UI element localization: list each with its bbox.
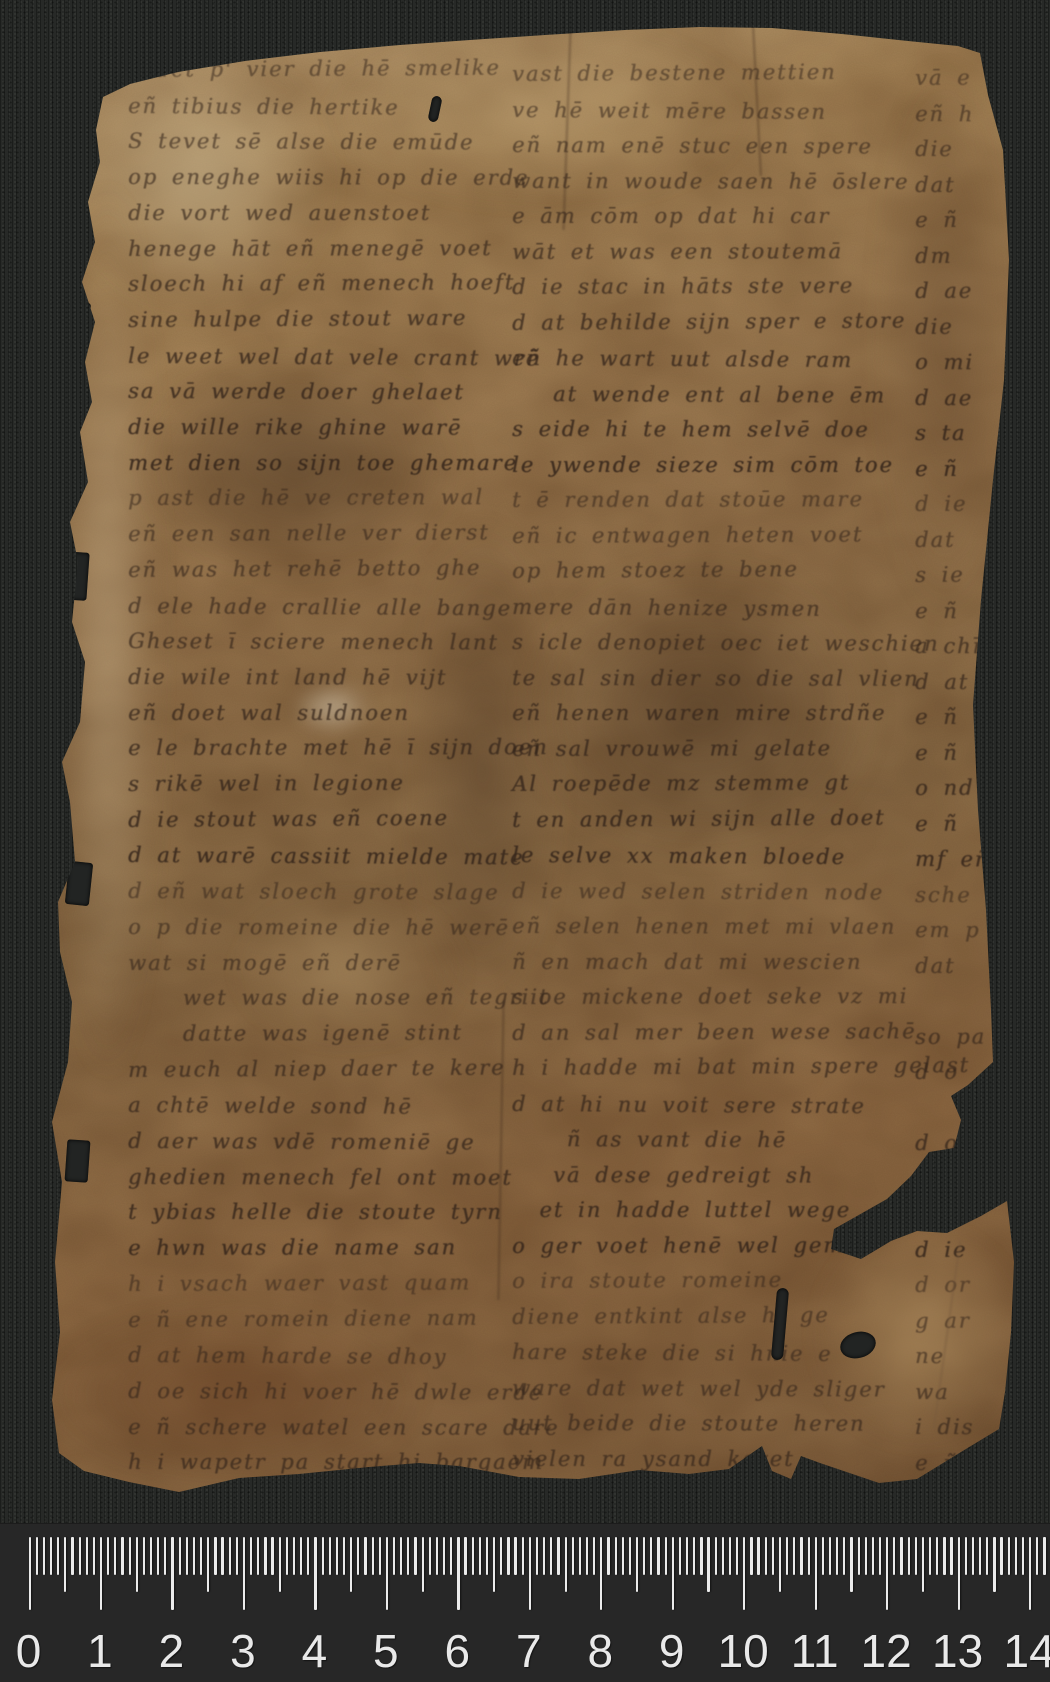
ruler-tick	[958, 1537, 960, 1610]
ruler-tick	[800, 1537, 802, 1575]
ruler-tick	[514, 1537, 516, 1575]
ruler-tick	[1015, 1537, 1017, 1575]
ruler-label: 12	[861, 1624, 912, 1678]
ruler-tick	[479, 1537, 481, 1575]
text-line: d ie	[915, 492, 967, 516]
ruler-tick	[579, 1537, 581, 1575]
ruler-tick	[279, 1537, 281, 1592]
text-line: so pa	[915, 1024, 986, 1048]
text-line: d at	[915, 670, 969, 694]
ruler-tick	[736, 1537, 738, 1575]
ruler-label: 7	[516, 1624, 542, 1678]
text-line: g at	[915, 1167, 969, 1191]
ruler-tick	[414, 1537, 416, 1575]
ruler-tick	[493, 1537, 495, 1592]
ruler-tick	[372, 1537, 374, 1575]
ruler-tick	[693, 1537, 695, 1575]
text-line: vā e	[915, 66, 972, 90]
ruler-tick	[86, 1537, 88, 1575]
ruler-tick	[64, 1537, 66, 1592]
ruler-tick	[143, 1537, 145, 1575]
text-line: e ñ	[915, 599, 959, 623]
ruler-tick	[893, 1537, 895, 1575]
ruler-tick	[307, 1537, 309, 1575]
ruler-tick	[36, 1537, 38, 1575]
ruler-tick	[229, 1537, 231, 1575]
ruler-tick	[793, 1537, 795, 1575]
ruler-tick	[286, 1537, 288, 1575]
ruler-tick	[686, 1537, 688, 1575]
text-line: e ñ	[915, 811, 959, 835]
ruler-tick	[1043, 1537, 1045, 1575]
ruler-tick	[815, 1537, 817, 1610]
ruler-tick	[972, 1537, 974, 1575]
ruler-tick	[943, 1537, 945, 1575]
ruler-tick	[179, 1537, 181, 1575]
ruler-tick	[300, 1537, 302, 1575]
ruler-tick	[643, 1537, 645, 1575]
text-line: eñ h	[915, 102, 974, 126]
ruler-tick	[507, 1537, 509, 1575]
ruler-label: 6	[445, 1624, 471, 1678]
ruler-tick	[650, 1537, 652, 1575]
ruler-tick	[922, 1537, 924, 1592]
ruler-tick	[886, 1537, 888, 1610]
ruler-tick	[900, 1537, 902, 1575]
text-line: s ie	[915, 563, 965, 587]
text-line: d or	[915, 1273, 971, 1297]
ruler-tick	[915, 1537, 917, 1575]
ruler-tick	[979, 1537, 981, 1575]
ruler-tick	[322, 1537, 324, 1575]
ruler-tick	[679, 1537, 681, 1575]
ruler-label: 5	[373, 1624, 399, 1678]
text-line: e ñ	[915, 457, 959, 481]
ruler-tick	[808, 1537, 810, 1575]
ruler-tick	[600, 1537, 602, 1610]
text-line: s ta	[915, 421, 966, 445]
ruler-tick	[1008, 1537, 1010, 1575]
ruler-tick	[657, 1537, 659, 1575]
ruler-tick	[71, 1537, 73, 1575]
text-line: die	[915, 137, 954, 161]
binding-slit	[62, 301, 91, 349]
ruler-tick	[700, 1537, 702, 1575]
ruler-label: 11	[791, 1624, 839, 1678]
ruler-tick	[965, 1537, 967, 1575]
ruler-tick	[850, 1537, 852, 1592]
ruler-tick	[193, 1537, 195, 1575]
ruler-tick	[707, 1537, 709, 1592]
ruler-tick	[536, 1537, 538, 1575]
ruler-tick	[464, 1537, 466, 1575]
text-line: a chī	[915, 634, 981, 658]
manuscript-photo: v det p' vier die hē smelikeeñ tibius di…	[0, 0, 1050, 1682]
ruler-label: 3	[230, 1624, 256, 1678]
text-line: wa	[915, 1380, 950, 1404]
ruler-tick	[129, 1537, 131, 1575]
parchment-fragment: v det p' vier die hē smelikeeñ tibius di…	[0, 0, 1050, 1523]
text-line: mf eñ	[915, 847, 990, 871]
ruler-tick	[57, 1537, 59, 1575]
ruler-tick	[993, 1537, 995, 1592]
ruler-tick	[629, 1537, 631, 1575]
ruler-tick	[250, 1537, 252, 1575]
ruler-tick	[264, 1537, 266, 1575]
ruler-tick	[386, 1537, 388, 1610]
ruler-tick	[43, 1537, 45, 1575]
ruler-tick	[593, 1537, 595, 1575]
ruler-tick	[743, 1537, 745, 1610]
text-line: ne	[915, 1344, 945, 1368]
ruler-tick	[750, 1537, 752, 1575]
ruler-tick	[607, 1537, 609, 1575]
ruler-tick	[908, 1537, 910, 1575]
text-line: o mi	[915, 350, 974, 374]
ruler-tick	[121, 1537, 123, 1575]
cloth-background: v det p' vier die hē smelikeeñ tibius di…	[0, 0, 1050, 1523]
ruler-tick	[393, 1537, 395, 1575]
ruler-tick	[500, 1537, 502, 1575]
ruler-tick	[843, 1537, 845, 1575]
text-line: em p	[915, 918, 981, 942]
ruler-tick	[486, 1537, 488, 1575]
ruler-tick	[665, 1537, 667, 1575]
text-column-right: vā eeñ hdiedate ñdmd aedieo mid aes tae …	[0, 0, 1050, 1523]
ruler-tick	[557, 1537, 559, 1575]
ruler-tick	[636, 1537, 638, 1592]
text-line: e ñ	[915, 208, 959, 232]
ruler-tick	[950, 1537, 952, 1575]
ruler-label: 10	[718, 1624, 769, 1678]
ruler-tick	[765, 1537, 767, 1575]
ruler-tick	[865, 1537, 867, 1575]
ruler-tick	[615, 1537, 617, 1575]
ruler-label: 2	[159, 1624, 185, 1678]
ruler-tick	[314, 1537, 316, 1610]
ruler-tick	[1036, 1537, 1038, 1575]
ruler-tick	[622, 1537, 624, 1575]
ruler-tick	[79, 1537, 81, 1575]
text-line: dat	[915, 954, 955, 978]
ruler-tick	[672, 1537, 674, 1610]
ruler-tick	[572, 1537, 574, 1575]
ruler-tick	[729, 1537, 731, 1575]
ruler-label: 0	[16, 1624, 42, 1678]
ruler-tick	[822, 1537, 824, 1575]
ruler-tick	[207, 1537, 209, 1592]
ruler-tick	[936, 1537, 938, 1575]
ruler-tick	[450, 1537, 452, 1575]
ruler-tick	[407, 1537, 409, 1575]
ruler-tick	[879, 1537, 881, 1575]
ruler-label: 14	[1003, 1624, 1050, 1678]
ruler-tick	[29, 1537, 31, 1610]
ruler-tick	[150, 1537, 152, 1575]
ruler-tick	[243, 1537, 245, 1610]
text-line: g ar	[915, 1308, 971, 1332]
ruler-tick	[350, 1537, 352, 1592]
text-line: dat	[915, 527, 956, 551]
text-line: o nd	[915, 776, 974, 800]
ruler: 01234567891011121314	[0, 1523, 1050, 1682]
ruler-tick	[543, 1537, 545, 1575]
ruler-tick	[586, 1537, 588, 1575]
ruler-tick	[186, 1537, 188, 1575]
text-line: d ae	[915, 279, 973, 303]
ruler-tick	[1022, 1537, 1024, 1575]
ruler-tick	[114, 1537, 116, 1575]
text-line: dm	[915, 243, 952, 267]
ruler-label: 8	[587, 1624, 613, 1678]
text-line: d ae	[915, 386, 973, 410]
ruler-label: 13	[932, 1624, 983, 1678]
ruler-tick	[257, 1537, 259, 1575]
ruler-tick	[1000, 1537, 1002, 1575]
ruler-label: 4	[302, 1624, 328, 1678]
ruler-tick	[829, 1537, 831, 1575]
ruler-tick	[271, 1537, 273, 1575]
ruler-tick	[986, 1537, 988, 1575]
ruler-tick	[565, 1537, 567, 1592]
binding-slit	[65, 1139, 91, 1183]
ruler-tick	[457, 1537, 459, 1610]
ruler-tick	[872, 1537, 874, 1575]
text-line: d o	[915, 1060, 959, 1084]
ruler-tick	[157, 1537, 159, 1575]
ruler-label: 1	[87, 1624, 113, 1678]
ruler-label: 9	[659, 1624, 685, 1678]
ruler-tick	[236, 1537, 238, 1575]
ruler-tick	[107, 1537, 109, 1575]
ruler-tick	[136, 1537, 138, 1592]
ruler-tick	[786, 1537, 788, 1575]
ruler-tick	[343, 1537, 345, 1575]
ruler-tick	[757, 1537, 759, 1575]
text-line: dat	[915, 173, 955, 197]
ruler-tick	[171, 1537, 173, 1610]
ruler-tick	[429, 1537, 431, 1575]
text-line: d of	[915, 1131, 969, 1155]
ruler-tick	[436, 1537, 438, 1575]
ruler-tick	[929, 1537, 931, 1575]
ruler-tick	[329, 1537, 331, 1575]
binding-slit	[60, 551, 89, 601]
ruler-tick	[715, 1537, 717, 1575]
ruler-tick	[364, 1537, 366, 1575]
ruler-tick	[357, 1537, 359, 1575]
ruler-tick	[422, 1537, 424, 1592]
ruler-tick	[200, 1537, 202, 1575]
ruler-tick	[550, 1537, 552, 1575]
ruler-tick	[522, 1537, 524, 1575]
text-line: die	[915, 314, 954, 338]
ruler-tick	[293, 1537, 295, 1575]
ruler-tick	[221, 1537, 223, 1575]
ruler-tick	[50, 1537, 52, 1575]
ruler-tick	[779, 1537, 781, 1592]
ruler-tick	[443, 1537, 445, 1575]
ruler-tick	[100, 1537, 102, 1610]
ruler-tick	[93, 1537, 95, 1575]
binding-slit	[65, 861, 93, 906]
ruler-tick	[858, 1537, 860, 1575]
text-line: sche	[915, 883, 972, 907]
ruler-tick	[1029, 1537, 1031, 1610]
ruler-tick	[772, 1537, 774, 1575]
ruler-tick	[379, 1537, 381, 1575]
text-line: i dis	[915, 1415, 974, 1439]
text-line: e ñ la	[915, 1451, 996, 1475]
ruler-tick	[836, 1537, 838, 1575]
ruler-tick	[529, 1537, 531, 1610]
ruler-tick	[472, 1537, 474, 1575]
text-line: e ñ	[915, 705, 959, 729]
text-line: e ñ	[915, 740, 959, 764]
ruler-tick	[336, 1537, 338, 1575]
ruler-tick	[722, 1537, 724, 1575]
ruler-tick	[400, 1537, 402, 1575]
ruler-tick	[164, 1537, 166, 1575]
ruler-tick	[214, 1537, 216, 1575]
